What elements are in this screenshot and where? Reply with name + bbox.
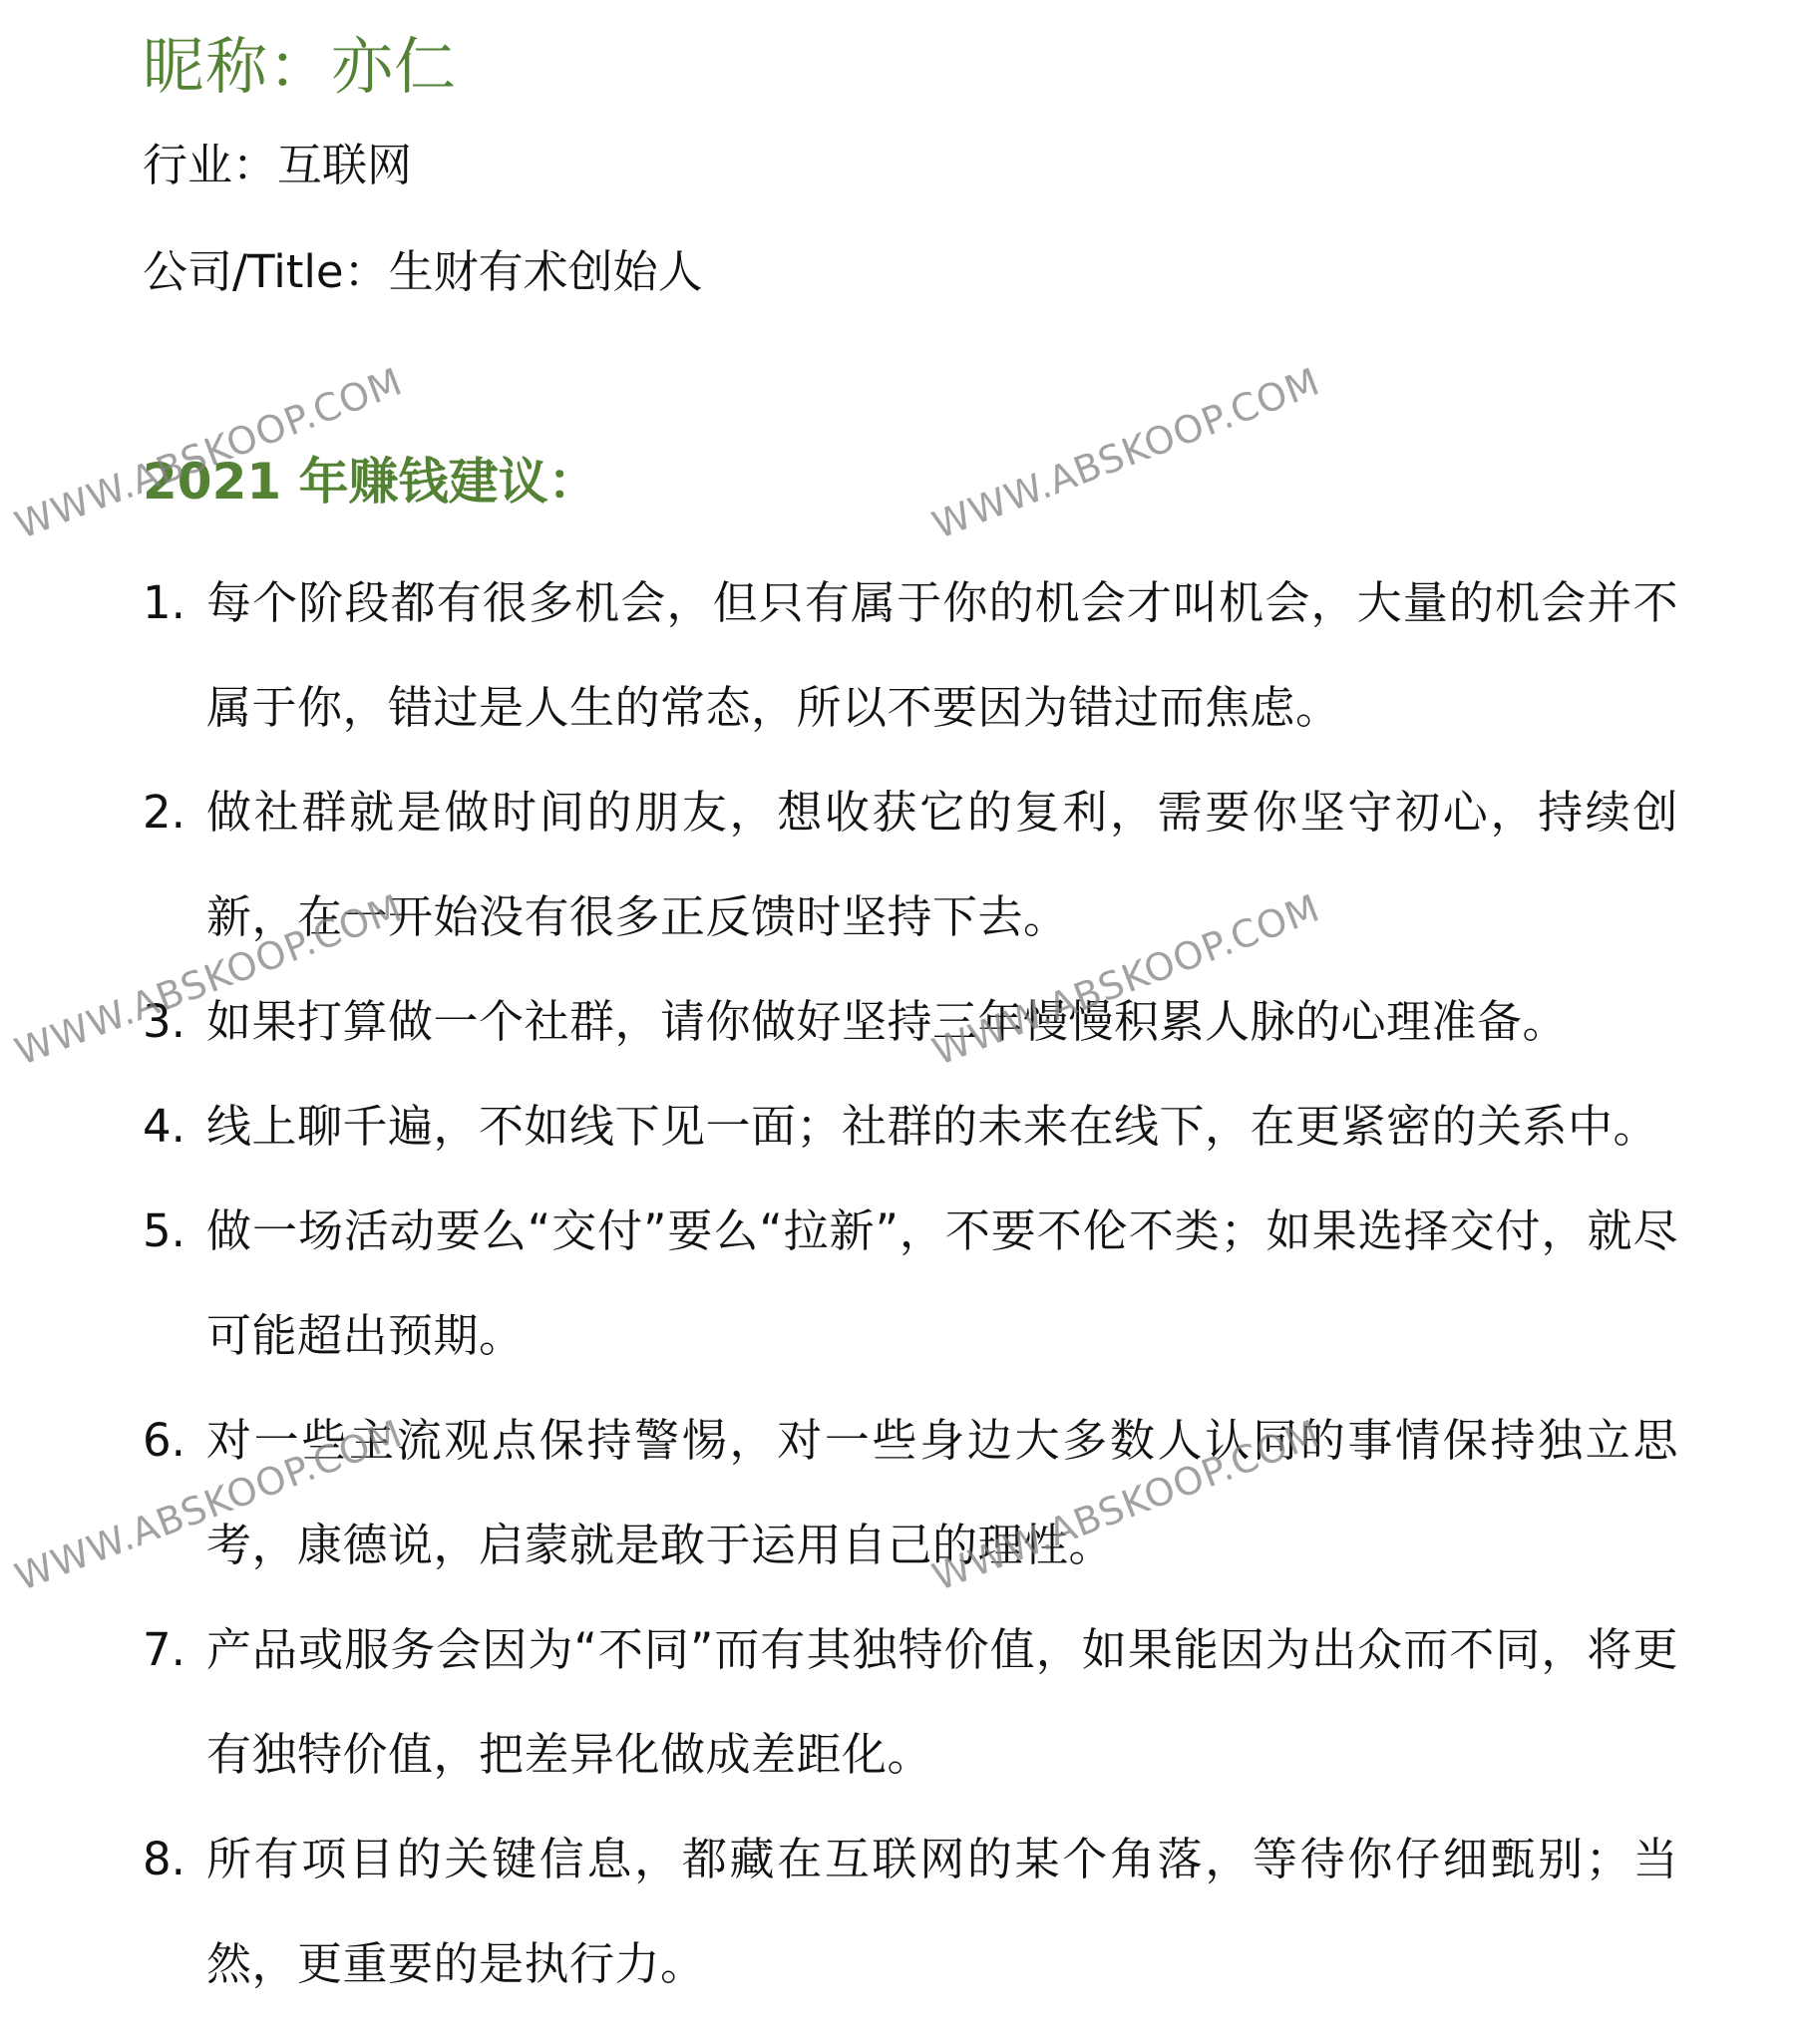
- nickname-title: 昵称：亦仁: [143, 22, 457, 112]
- section-heading: 2021 年赚钱建议：: [143, 449, 598, 514]
- advice-text: 所有项目的关键信息，都藏在互联网的某个角落，等待你仔细甄别；当然，更重要的是执行…: [206, 1807, 1678, 2016]
- advice-text: 线上聊千遍，不如线下见一面；社群的未来在线下，在更紧密的关系中。: [206, 1074, 1678, 1179]
- advice-number: 1.: [143, 550, 202, 655]
- company-title-line: 公司/Title：生财有术创始人: [143, 242, 703, 302]
- advice-number: 8.: [143, 1807, 202, 1911]
- advice-item-8: 8. 所有项目的关键信息，都藏在互联网的某个角落，等待你仔细甄别；当然，更重要的…: [143, 1807, 1678, 2016]
- advice-number: 4.: [143, 1074, 202, 1179]
- advice-text: 产品或服务会因为“不同”而有其独特价值，如果能因为出众而不同，将更有独特价值，把…: [206, 1597, 1678, 1807]
- advice-text: 做社群就是做时间的朋友，想收获它的复利，需要你坚守初心，持续创新，在一开始没有很…: [206, 760, 1678, 969]
- advice-item-2: 2. 做社群就是做时间的朋友，想收获它的复利，需要你坚守初心，持续创新，在一开始…: [143, 760, 1678, 969]
- advice-number: 6.: [143, 1388, 202, 1493]
- document-page: 昵称：亦仁 行业：互联网 公司/Title：生财有术创始人 2021 年赚钱建议…: [0, 0, 1801, 2044]
- advice-text: 对一些主流观点保持警惕，对一些身边大多数人认同的事情保持独立思考，康德说，启蒙就…: [206, 1388, 1678, 1597]
- advice-number: 2.: [143, 760, 202, 864]
- advice-number: 3.: [143, 969, 202, 1074]
- advice-item-3: 3. 如果打算做一个社群，请你做好坚持三年慢慢积累人脉的心理准备。: [143, 969, 1678, 1074]
- advice-item-7: 7. 产品或服务会因为“不同”而有其独特价值，如果能因为出众而不同，将更有独特价…: [143, 1597, 1678, 1807]
- advice-item-4: 4. 线上聊千遍，不如线下见一面；社群的未来在线下，在更紧密的关系中。: [143, 1074, 1678, 1179]
- advice-list: 1. 每个阶段都有很多机会，但只有属于你的机会才叫机会，大量的机会并不属于你，错…: [143, 550, 1678, 2016]
- advice-text: 做一场活动要么“交付”要么“拉新”，不要不伦不类；如果选择交付，就尽可能超出预期…: [206, 1179, 1678, 1388]
- advice-number: 5.: [143, 1179, 202, 1283]
- advice-item-5: 5. 做一场活动要么“交付”要么“拉新”，不要不伦不类；如果选择交付，就尽可能超…: [143, 1179, 1678, 1388]
- advice-number: 7.: [143, 1597, 202, 1702]
- advice-text: 如果打算做一个社群，请你做好坚持三年慢慢积累人脉的心理准备。: [206, 969, 1678, 1074]
- watermark: WWW.ABSKOOP.COM: [926, 359, 1325, 547]
- advice-text: 每个阶段都有很多机会，但只有属于你的机会才叫机会，大量的机会并不属于你，错过是人…: [206, 550, 1678, 760]
- industry-line: 行业：互联网: [143, 136, 412, 195]
- advice-item-6: 6. 对一些主流观点保持警惕，对一些身边大多数人认同的事情保持独立思考，康德说，…: [143, 1388, 1678, 1597]
- advice-item-1: 1. 每个阶段都有很多机会，但只有属于你的机会才叫机会，大量的机会并不属于你，错…: [143, 550, 1678, 760]
